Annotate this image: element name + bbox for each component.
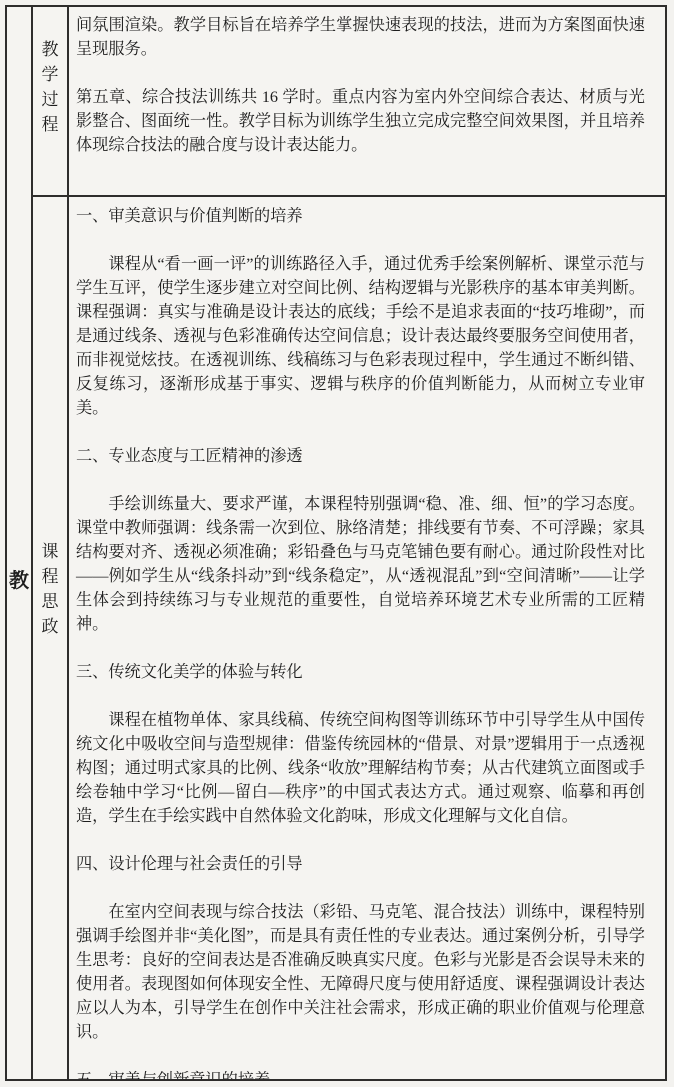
ideology-content-cell: 一、审美意识与价值判断的培养 课程从“看一画一评”的训练路径入手，通过优秀手绘案…: [69, 197, 665, 1079]
ideology-header-cell: 课程思政: [33, 197, 69, 1079]
teaching-process-header-cell: 教学过程: [33, 7, 69, 197]
section-paragraph-4: 在室内空间表现与综合技法（彩铅、马克笔、混合技法）训练中，课程特别强调手绘图并非…: [76, 900, 645, 1044]
content-paragraph: 第五章、综合技法训练共 16 学时。重点内容为室内外空间综合表达、材质与光影整合…: [76, 85, 645, 157]
section-heading-2: 二、专业态度与工匠精神的渗透: [76, 444, 645, 468]
section-heading-4: 四、设计伦理与社会责任的引导: [76, 852, 645, 876]
section-heading-3: 三、传统文化美学的体验与转化: [76, 660, 645, 684]
content-paragraph: 间氛围渲染。教学目标旨在培养学生掌握快速表现的技法，进而为方案图面快速呈现服务。: [76, 13, 645, 61]
teaching-row-header-label: 教: [9, 564, 29, 593]
course-outline-table: 教 教学过程 间氛围渲染。教学目标旨在培养学生掌握快速表现的技法，进而为方案图面…: [5, 5, 667, 1081]
teaching-process-label: 教学过程: [40, 37, 60, 137]
ideology-label: 课程思政: [40, 539, 60, 639]
section-heading-5: 五、审美与创新意识的培养: [76, 1068, 645, 1079]
teaching-process-content-cell: 间氛围渲染。教学目标旨在培养学生掌握快速表现的技法，进而为方案图面快速呈现服务。…: [69, 7, 665, 197]
section-paragraph-1: 课程从“看一画一评”的训练路径入手，通过优秀手绘案例解析、课堂示范与学生互评，使…: [76, 252, 645, 420]
section-paragraph-2: 手绘训练量大、要求严谨，本课程特别强调“稳、准、细、恒”的学习态度。课堂中教师强…: [76, 492, 645, 636]
section-paragraph-3: 课程在植物单体、家具线稿、传统空间构图等训练环节中引导学生从中国传统文化中吸收空…: [76, 708, 645, 828]
section-heading-1: 一、审美意识与价值判断的培养: [76, 204, 645, 228]
teaching-row-header-cell: 教: [7, 7, 33, 1079]
